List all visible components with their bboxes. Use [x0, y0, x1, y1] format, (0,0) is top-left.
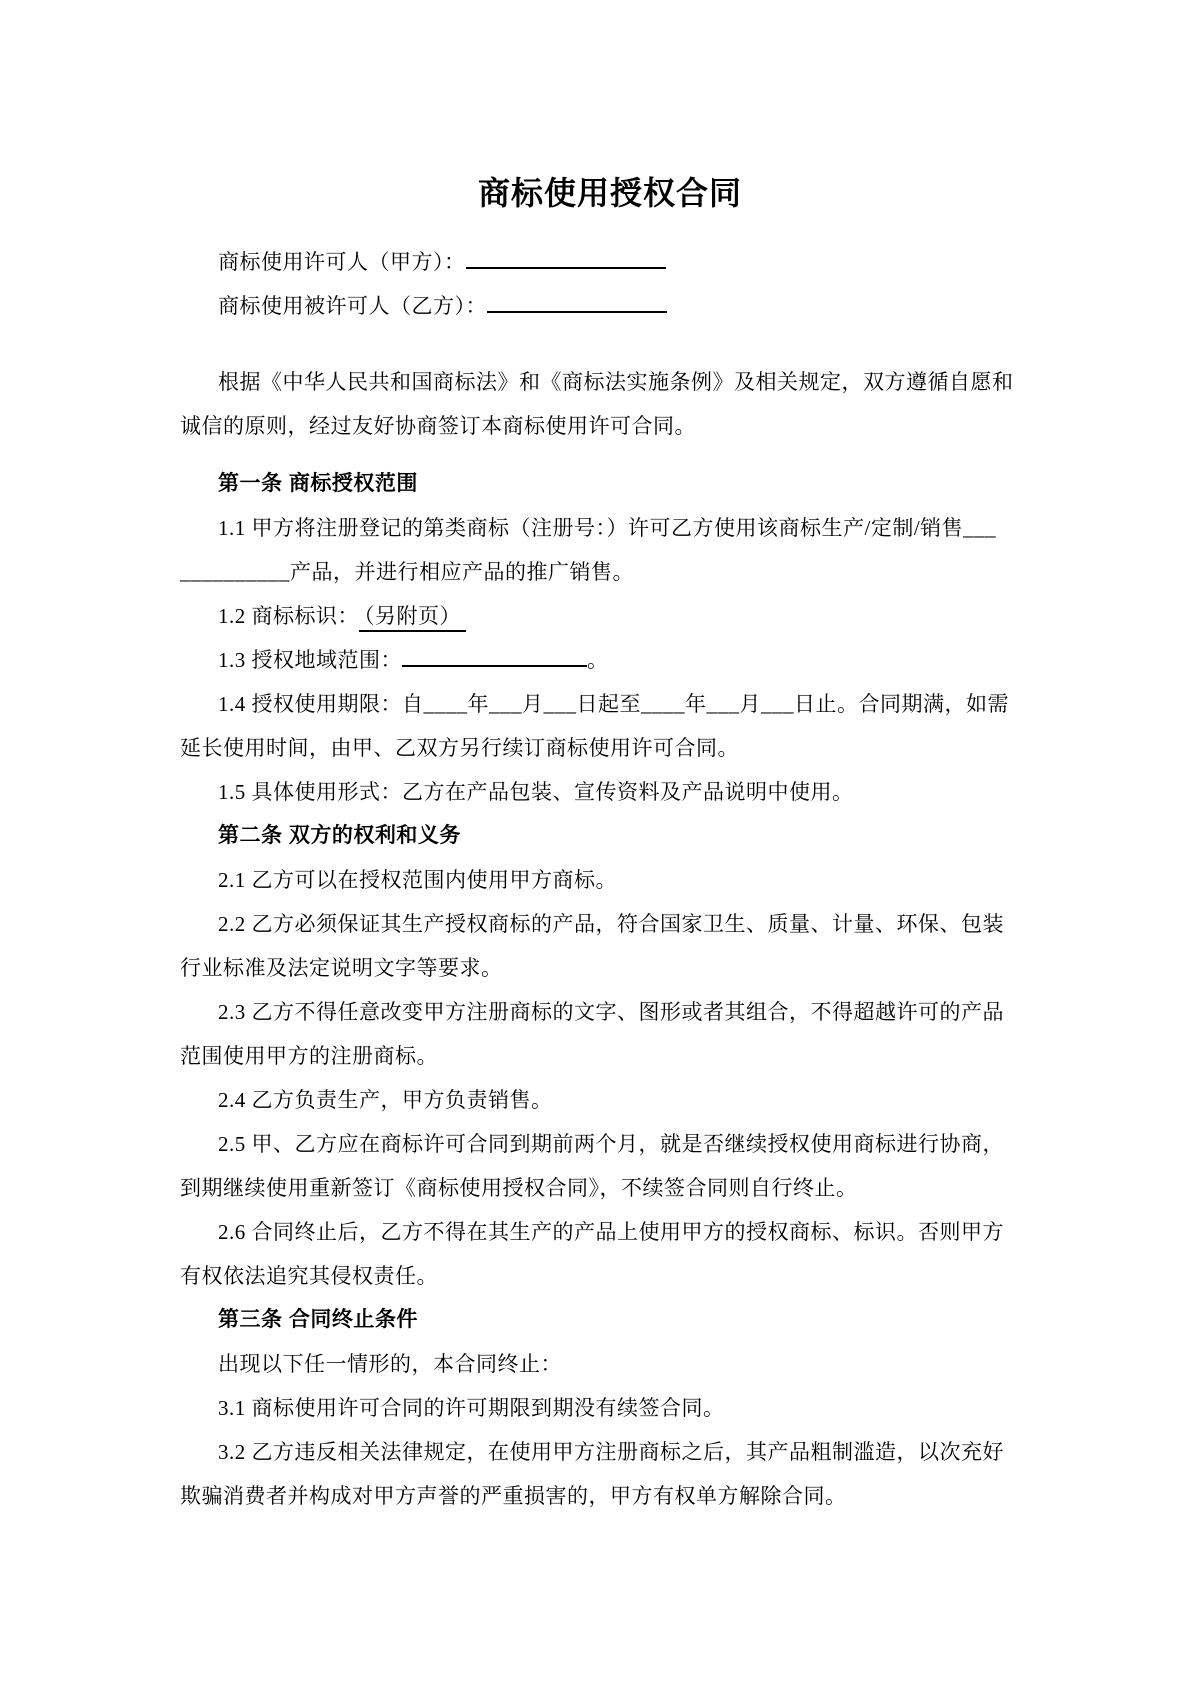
clause-1-3-period: 。 [587, 648, 609, 672]
section-3-heading: 第三条 合同终止条件 [180, 1298, 1040, 1342]
clause-1-2-attachment-note: （另附页） [359, 604, 466, 632]
clause-2-3-line-2: 范围使用甲方的注册商标。 [180, 1034, 1040, 1078]
preamble-line-2: 诚信的原则，经过友好协商签订本商标使用许可合同。 [180, 404, 1040, 448]
clause-2-6-line-2: 有权依法追究其侵权责任。 [180, 1254, 1040, 1298]
party-b-label: 商标使用被许可人（乙方）： [218, 294, 487, 318]
clause-1-1-line-1: 1.1 甲方将注册登记的第类商标（注册号：）许可乙方使用该商标生产/定制/销售_… [180, 506, 1040, 550]
clause-2-4-line: 2.4 乙方负责生产，甲方负责销售。 [180, 1078, 1040, 1122]
clause-2-2-line-2: 行业标准及法定说明文字等要求。 [180, 946, 1040, 990]
clause-1-5-line: 1.5 具体使用形式：乙方在产品包装、宣传资料及产品说明中使用。 [180, 770, 1040, 814]
clause-1-4-line-2: 延长使用时间，由甲、乙双方另行续订商标使用许可合同。 [180, 726, 1040, 770]
clause-1-3-blank-field [402, 641, 587, 667]
clause-2-3-line-1: 2.3 乙方不得任意改变甲方注册商标的文字、图形或者其组合，不得超越许可的产品 [180, 990, 1040, 1034]
clause-1-1-line-2: __________产品，并进行相应产品的推广销售。 [180, 550, 1040, 594]
party-a-blank-field [466, 243, 666, 269]
section-1-heading: 第一条 商标授权范围 [180, 462, 1040, 506]
clause-2-1-line: 2.1 乙方可以在授权范围内使用甲方商标。 [180, 858, 1040, 902]
clause-1-3-label: 1.3 授权地域范围： [218, 648, 402, 672]
clause-3-2-line-1: 3.2 乙方违反相关法律规定，在使用甲方注册商标之后，其产品粗制滥造，以次充好 [180, 1430, 1040, 1474]
clause-2-2-line-1: 2.2 乙方必须保证其生产授权商标的产品，符合国家卫生、质量、计量、环保、包装 [180, 902, 1040, 946]
clause-3-2-line-2: 欺骗消费者并构成对甲方声誉的严重损害的，甲方有权单方解除合同。 [180, 1474, 1040, 1518]
party-a-label: 商标使用许可人（甲方）： [218, 250, 466, 274]
preamble-line-1: 根据《中华人民共和国商标法》和《商标法实施条例》及相关规定，双方遵循自愿和 [180, 360, 1040, 404]
clause-2-5-line-1: 2.5 甲、乙方应在商标许可合同到期前两个月，就是否继续授权使用商标进行协商， [180, 1122, 1040, 1166]
clause-1-4-line-1: 1.4 授权使用期限：自____年___月___日起至____年___月___日… [180, 682, 1040, 726]
clause-1-2-line: 1.2 商标标识：（另附页） [180, 594, 1040, 638]
document-title: 商标使用授权合同 [180, 170, 1040, 216]
clause-2-6-line-1: 2.6 合同终止后，乙方不得在其生产的产品上使用甲方的授权商标、标识。否则甲方 [180, 1210, 1040, 1254]
party-b-line: 商标使用被许可人（乙方）： [180, 284, 1040, 328]
clause-1-2-label: 1.2 商标标识： [218, 604, 359, 628]
section-3-intro-line: 出现以下任一情形的，本合同终止： [180, 1342, 1040, 1386]
party-b-blank-field [487, 287, 667, 313]
clause-3-1-line: 3.1 商标使用许可合同的许可期限到期没有续签合同。 [180, 1386, 1040, 1430]
section-2-heading: 第二条 双方的权利和义务 [180, 814, 1040, 858]
contract-document-page: 商标使用授权合同 商标使用许可人（甲方）： 商标使用被许可人（乙方）： 根据《中… [0, 0, 1190, 1683]
party-a-line: 商标使用许可人（甲方）： [180, 240, 1040, 284]
clause-1-3-line: 1.3 授权地域范围：。 [180, 638, 1040, 682]
clause-2-5-line-2: 到期继续使用重新签订《商标使用授权合同》，不续签合同则自行终止。 [180, 1166, 1040, 1210]
